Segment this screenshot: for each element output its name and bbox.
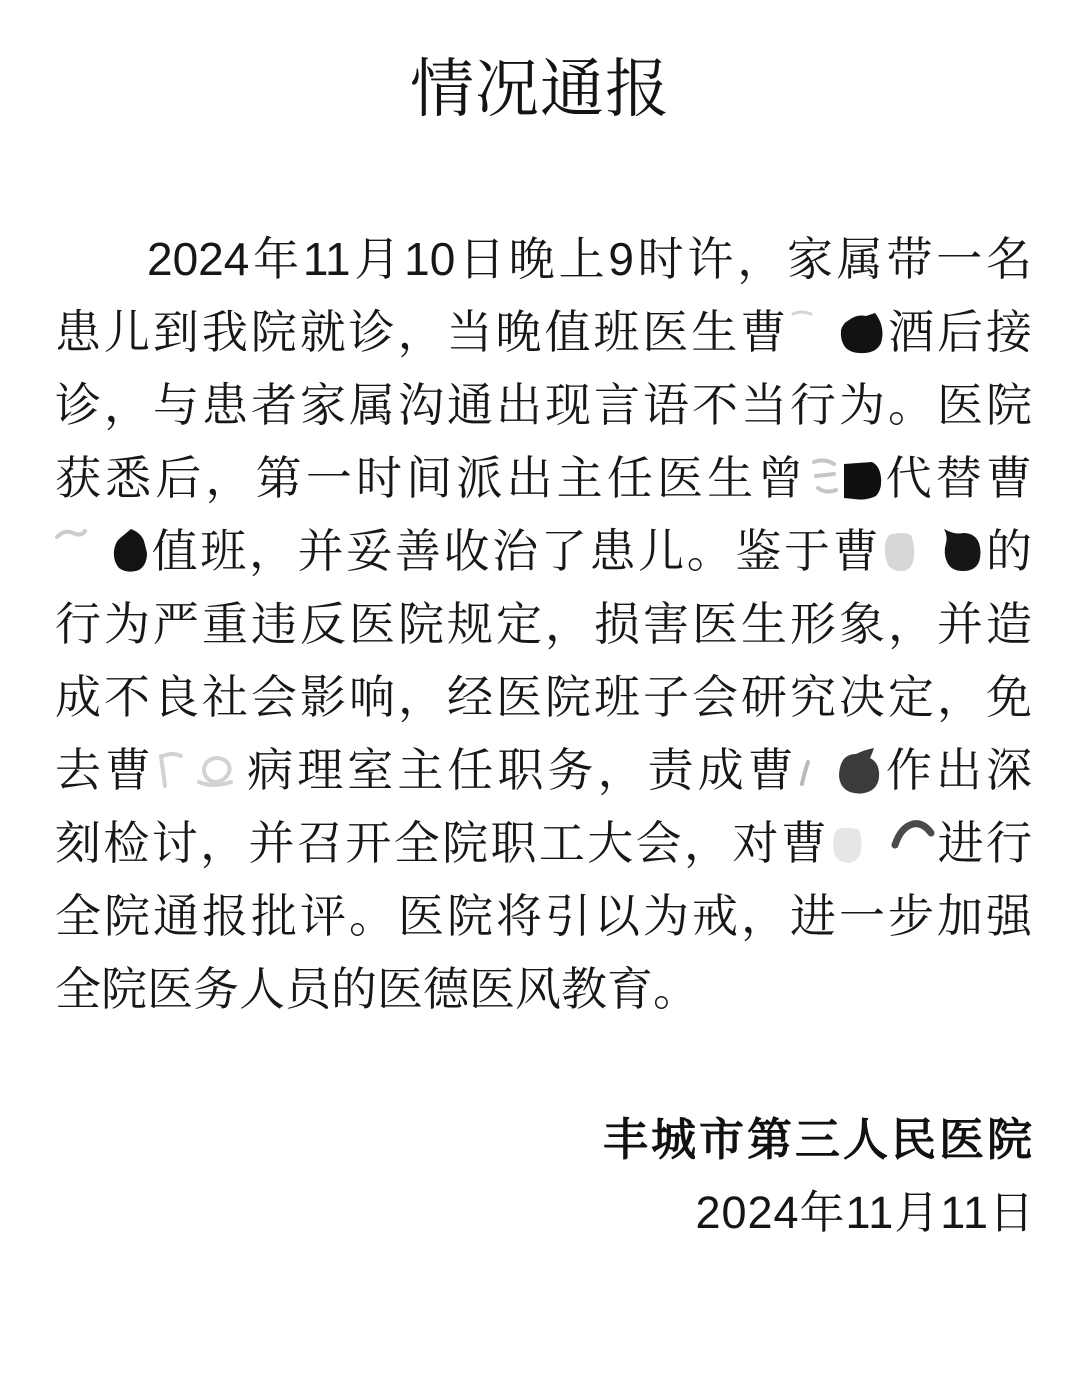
redaction-mark xyxy=(891,819,935,853)
redaction-mark xyxy=(111,527,149,573)
body-text-run: 患儿到我院就诊，当晚值班医生曹 xyxy=(55,306,789,358)
redaction-mark xyxy=(839,312,885,354)
body-line: 值班，并妥善收治了患儿。鉴于曹的 xyxy=(55,515,1032,588)
body-line: 全院医务人员的医德医风教育。 xyxy=(55,953,1032,1026)
signature-block: 丰城市第三人民医院 2024年11月11日 xyxy=(0,1103,1035,1249)
redaction-mark xyxy=(836,746,882,796)
body-line: 全院通报批评。医院将引以为戒，进一步加强 xyxy=(55,880,1032,953)
body-text-run: 2024年11月10日晚上9时许，家属带一名 xyxy=(147,233,1032,285)
body-text-run: 作出深 xyxy=(882,744,1032,796)
notice-page: 情况通报 2024年11月10日晚上9时许，家属带一名患儿到我院就诊，当晚值班医… xyxy=(0,0,1080,1375)
redaction-gap xyxy=(867,858,891,859)
body-text-run: 行为严重违反医院规定，损害医生形象，并造 xyxy=(55,598,1032,650)
body-text-run: 获悉后，第一时间派出主任医生曾 xyxy=(55,452,808,504)
paragraph-indent xyxy=(55,274,147,275)
body-line: 患儿到我院就诊，当晚值班医生曹酒后接 xyxy=(55,296,1032,369)
body-text-run: 病理室主任职务，责成曹 xyxy=(243,744,798,796)
redaction-mark xyxy=(881,529,917,573)
redaction-mark xyxy=(941,527,983,573)
body-text-run: 酒后接 xyxy=(885,306,1032,358)
body-text-run: 代替曹 xyxy=(882,452,1033,504)
body-text-run: 成不良社会影响，经医院班子会研究决定，免 xyxy=(55,671,1032,723)
body-line: 刻检讨，并召开全院职工大会，对曹进行 xyxy=(55,807,1032,880)
body-text-run: 全院通报批评。医院将引以为戒，进一步加强 xyxy=(55,890,1032,942)
body-line: 获悉后，第一时间派出主任医生曾代替曹 xyxy=(55,442,1032,515)
signature-date: 2024年11月11日 xyxy=(0,1176,1035,1249)
body-line: 2024年11月10日晚上9时许，家属带一名 xyxy=(55,223,1032,296)
body-text-run: 全院医务人员的医德医风教育。 xyxy=(55,963,699,1015)
body-line: 行为严重违反医院规定，损害医生形象，并造 xyxy=(55,588,1032,661)
redaction-mark xyxy=(842,460,882,500)
body-text-run: 的 xyxy=(983,525,1032,577)
signature-organization: 丰城市第三人民医院 xyxy=(0,1103,1035,1176)
redaction-gap xyxy=(87,566,111,567)
redaction-mark xyxy=(789,304,815,320)
redaction-mark xyxy=(155,748,243,794)
body-line: 诊，与患者家属沟通出现言语不当行为。医院 xyxy=(55,369,1032,442)
body-text-run: 值班，并妥善收治了患儿。鉴于曹 xyxy=(149,525,881,577)
redaction-gap xyxy=(917,566,941,567)
redaction-mark xyxy=(55,525,87,543)
redaction-mark xyxy=(808,456,842,500)
body-line: 成不良社会影响，经医院班子会研究决定，免 xyxy=(55,661,1032,734)
notice-body: 2024年11月10日晚上9时许，家属带一名患儿到我院就诊，当晚值班医生曹酒后接… xyxy=(55,223,1032,1026)
body-line: 去曹病理室主任职务，责成曹作出深 xyxy=(55,734,1032,807)
redaction-gap xyxy=(815,347,839,348)
redaction-gap xyxy=(812,785,836,786)
body-text-run: 进行 xyxy=(935,817,1032,869)
redaction-mark xyxy=(829,823,867,865)
body-text-run: 去曹 xyxy=(55,744,155,796)
redaction-mark xyxy=(798,758,812,788)
body-text-run: 诊，与患者家属沟通出现言语不当行为。医院 xyxy=(55,379,1032,431)
notice-title: 情况通报 xyxy=(0,57,1080,121)
body-text-run: 刻检讨，并召开全院职工大会，对曹 xyxy=(55,817,829,869)
